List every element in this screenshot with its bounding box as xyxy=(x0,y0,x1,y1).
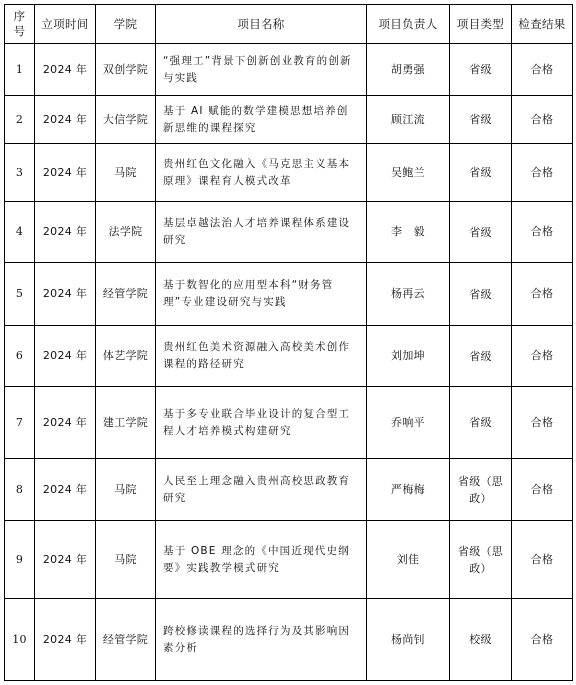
cell-year: 2024 年 xyxy=(35,44,96,96)
header-year: 立项时间 xyxy=(35,5,96,44)
header-college: 学院 xyxy=(96,5,156,44)
cell-year: 2024 年 xyxy=(35,263,96,326)
cell-index: 4 xyxy=(5,202,35,263)
cell-year: 2024 年 xyxy=(35,202,96,263)
cell-year: 2024 年 xyxy=(35,599,96,681)
project-inspection-table: 序号 立项时间 学院 项目名称 项目负责人 项目类型 检查结果 1 2024 年… xyxy=(4,4,573,681)
cell-index: 2 xyxy=(5,96,35,144)
cell-type: 省级（思政） xyxy=(450,521,512,599)
table-row: 9 2024 年 马院 基于 OBE 理念的《中国近现代史纲要》实践教学模式研究… xyxy=(5,521,573,599)
cell-project-name: 基于 AI 赋能的数学建模思想培养创新思维的课程探究 xyxy=(156,96,367,144)
cell-leader: 杨再云 xyxy=(367,263,450,326)
cell-project-name: 贵州红色文化融入《马克思主义基本原理》课程育人模式改革 xyxy=(156,144,367,202)
cell-leader: 杨尚钊 xyxy=(367,599,450,681)
table-row: 4 2024 年 法学院 基层卓越法治人才培养课程体系建设研究 李 毅 省级 合… xyxy=(5,202,573,263)
cell-leader: 吴鲍兰 xyxy=(367,144,450,202)
cell-year: 2024 年 xyxy=(35,144,96,202)
cell-result: 合格 xyxy=(512,202,573,263)
header-index: 序号 xyxy=(5,5,35,44)
cell-college: 马院 xyxy=(96,459,156,521)
cell-type: 省级 xyxy=(450,263,512,326)
cell-college: 大信学院 xyxy=(96,96,156,144)
cell-type: 省级 xyxy=(450,387,512,459)
cell-project-name: 贵州红色美术资源融入高校美术创作课程的路径研究 xyxy=(156,326,367,387)
cell-leader: 乔响平 xyxy=(367,387,450,459)
header-row: 序号 立项时间 学院 项目名称 项目负责人 项目类型 检查结果 xyxy=(5,5,573,44)
cell-year: 2024 年 xyxy=(35,387,96,459)
cell-year: 2024 年 xyxy=(35,459,96,521)
cell-year: 2024 年 xyxy=(35,521,96,599)
cell-type: 省级 xyxy=(450,144,512,202)
cell-leader: 严梅梅 xyxy=(367,459,450,521)
cell-project-name: 基于 OBE 理念的《中国近现代史纲要》实践教学模式研究 xyxy=(156,521,367,599)
cell-index: 6 xyxy=(5,326,35,387)
cell-index: 8 xyxy=(5,459,35,521)
cell-type: 省级（思政） xyxy=(450,459,512,521)
table-row: 5 2024 年 经管学院 基于数智化的应用型本科“财务管理”专业建设研究与实践… xyxy=(5,263,573,326)
table-row: 10 2024 年 经管学院 跨校修读课程的选择行为及其影响因素分析 杨尚钊 校… xyxy=(5,599,573,681)
cell-project-name: 跨校修读课程的选择行为及其影响因素分析 xyxy=(156,599,367,681)
cell-project-name: “强理工”背景下创新创业教育的创新与实践 xyxy=(156,44,367,96)
cell-year: 2024 年 xyxy=(35,326,96,387)
cell-index: 10 xyxy=(5,599,35,681)
cell-leader: 胡勇强 xyxy=(367,44,450,96)
cell-index: 1 xyxy=(5,44,35,96)
cell-result: 合格 xyxy=(512,326,573,387)
cell-index: 3 xyxy=(5,144,35,202)
cell-index: 9 xyxy=(5,521,35,599)
cell-project-name: 基层卓越法治人才培养课程体系建设研究 xyxy=(156,202,367,263)
cell-result: 合格 xyxy=(512,263,573,326)
cell-result: 合格 xyxy=(512,144,573,202)
cell-college: 建工学院 xyxy=(96,387,156,459)
cell-leader: 李 毅 xyxy=(367,202,450,263)
cell-result: 合格 xyxy=(512,459,573,521)
header-type: 项目类型 xyxy=(450,5,512,44)
cell-type: 省级 xyxy=(450,96,512,144)
cell-type: 省级 xyxy=(450,202,512,263)
cell-college: 经管学院 xyxy=(96,263,156,326)
cell-index: 7 xyxy=(5,387,35,459)
cell-project-name: 基于数智化的应用型本科“财务管理”专业建设研究与实践 xyxy=(156,263,367,326)
cell-index: 5 xyxy=(5,263,35,326)
cell-college: 体艺学院 xyxy=(96,326,156,387)
cell-type: 省级 xyxy=(450,44,512,96)
cell-result: 合格 xyxy=(512,387,573,459)
cell-result: 合格 xyxy=(512,96,573,144)
header-leader: 项目负责人 xyxy=(367,5,450,44)
table-row: 2 2024 年 大信学院 基于 AI 赋能的数学建模思想培养创新思维的课程探究… xyxy=(5,96,573,144)
header-project-name: 项目名称 xyxy=(156,5,367,44)
cell-project-name: 基于多专业联合毕业设计的复合型工程人才培养模式构建研究 xyxy=(156,387,367,459)
cell-year: 2024 年 xyxy=(35,96,96,144)
cell-project-name: 人民至上理念融入贵州高校思政教育研究 xyxy=(156,459,367,521)
cell-leader: 刘加坤 xyxy=(367,326,450,387)
table-row: 7 2024 年 建工学院 基于多专业联合毕业设计的复合型工程人才培养模式构建研… xyxy=(5,387,573,459)
cell-result: 合格 xyxy=(512,521,573,599)
table-row: 1 2024 年 双创学院 “强理工”背景下创新创业教育的创新与实践 胡勇强 省… xyxy=(5,44,573,96)
cell-college: 马院 xyxy=(96,521,156,599)
cell-college: 双创学院 xyxy=(96,44,156,96)
cell-leader: 顾江流 xyxy=(367,96,450,144)
cell-leader: 刘佳 xyxy=(367,521,450,599)
header-result: 检查结果 xyxy=(512,5,573,44)
cell-type: 省级 xyxy=(450,326,512,387)
cell-type: 校级 xyxy=(450,599,512,681)
cell-college: 经管学院 xyxy=(96,599,156,681)
table-row: 6 2024 年 体艺学院 贵州红色美术资源融入高校美术创作课程的路径研究 刘加… xyxy=(5,326,573,387)
cell-college: 马院 xyxy=(96,144,156,202)
cell-result: 合格 xyxy=(512,599,573,681)
table-row: 8 2024 年 马院 人民至上理念融入贵州高校思政教育研究 严梅梅 省级（思政… xyxy=(5,459,573,521)
table-row: 3 2024 年 马院 贵州红色文化融入《马克思主义基本原理》课程育人模式改革 … xyxy=(5,144,573,202)
cell-result: 合格 xyxy=(512,44,573,96)
cell-college: 法学院 xyxy=(96,202,156,263)
